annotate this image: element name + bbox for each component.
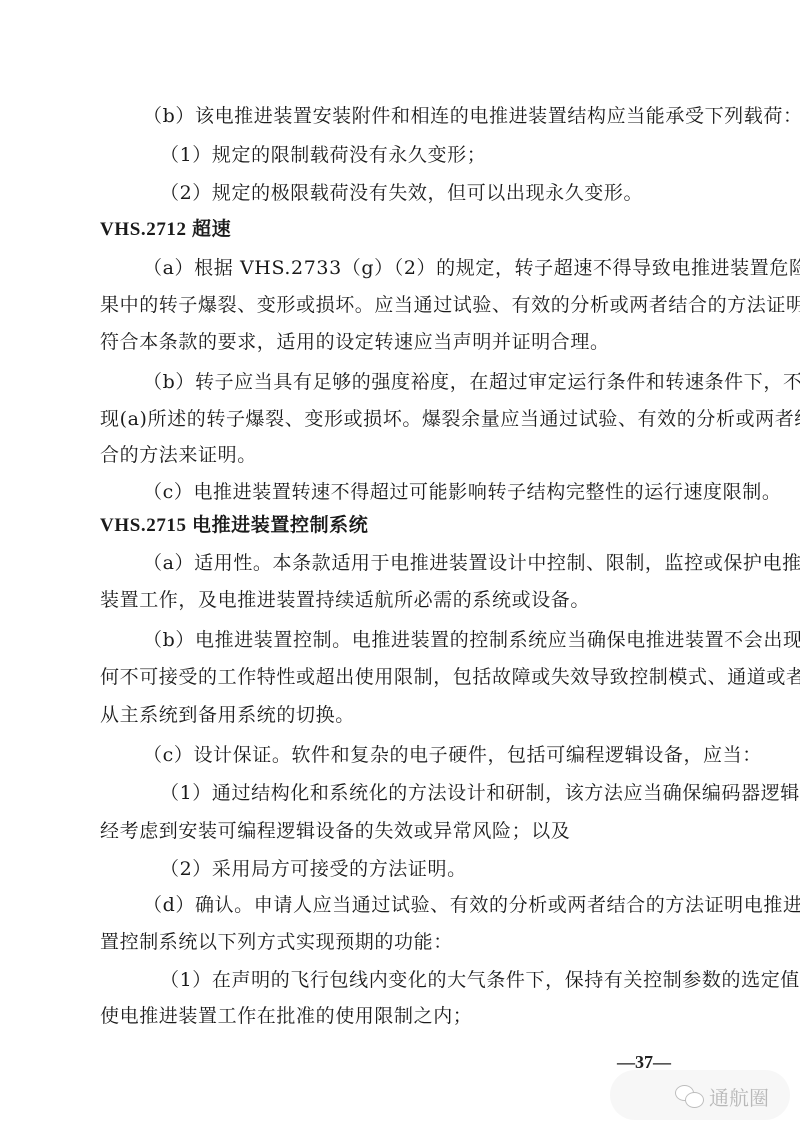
paragraph-line: 置控制系统以下列方式实现预期的功能： [100,930,700,954]
paragraph-line: （a）根据 VHS.2733（g）（2）的规定，转子超速不得导致电推进装置危险的… [143,256,743,280]
section-heading: VHS.2715 电推进装置控制系统 [100,514,700,538]
paragraph-line: （d）确认。申请人应当通过试验、有效的分析或两者结合的方法证明电推进装 [143,893,743,917]
section-heading: VHS.2712 超速 [100,218,700,242]
paragraph-line: 装置工作，及电推进装置持续适航所必需的系统或设备。 [100,588,700,612]
paragraph-line: （c）设计保证。软件和复杂的电子硬件，包括可编程逻辑设备，应当： [143,743,743,767]
watermark-text: 通航圈 [709,1082,769,1111]
paragraph-line: 从主系统到备用系统的切换。 [100,703,700,727]
paragraph-line: 何不可接受的工作特性或超出使用限制，包括故障或失效导致控制模式、通道或者 [100,665,700,689]
document-page: （b）该电推进装置安装附件和相连的电推进装置结构应当能承受下列载荷：（1）规定的… [0,0,800,1131]
paragraph-line: 经考虑到安装可编程逻辑设备的失效或异常风险；以及 [100,819,700,843]
paragraph-line: （1）在声明的飞行包线内变化的大气条件下，保持有关控制参数的选定值， [160,968,760,992]
paragraph-line: 合的方法来证明。 [100,443,700,467]
paragraph-line: 符合本条款的要求，适用的设定转速应当声明并证明合理。 [100,330,700,354]
paragraph-line: 果中的转子爆裂、变形或损坏。应当通过试验、有效的分析或两者结合的方法证明 [100,293,700,317]
wechat-icon [675,1085,705,1109]
paragraph-line: （b）电推进装置控制。电推进装置的控制系统应当确保电推进装置不会出现任 [143,628,743,652]
paragraph-line: （b）转子应当具有足够的强度裕度，在超过审定运行条件和转速条件下，不出 [143,370,743,394]
paragraph-line: （1）规定的限制载荷没有永久变形； [160,143,760,167]
paragraph-line: （a）适用性。本条款适用于电推进装置设计中控制、限制，监控或保护电推进 [143,551,743,575]
page-number: —37— [617,1052,671,1073]
paragraph-line: （2）采用局方可接受的方法证明。 [160,857,760,881]
watermark: 通航圈 [675,1082,769,1111]
paragraph-line: 现(a)所述的转子爆裂、变形或损坏。爆裂余量应当通过试验、有效的分析或两者结 [100,407,700,431]
paragraph-line: 使电推进装置工作在批准的使用限制之内； [100,1004,700,1028]
paragraph-line: （c）电推进装置转速不得超过可能影响转子结构完整性的运行速度限制。 [143,480,743,504]
paragraph-line: （1）通过结构化和系统化的方法设计和研制，该方法应当确保编码器逻辑已 [160,781,760,805]
paragraph-line: （b）该电推进装置安装附件和相连的电推进装置结构应当能承受下列载荷： [143,104,743,128]
paragraph-line: （2）规定的极限载荷没有失效，但可以出现永久变形。 [160,181,760,205]
